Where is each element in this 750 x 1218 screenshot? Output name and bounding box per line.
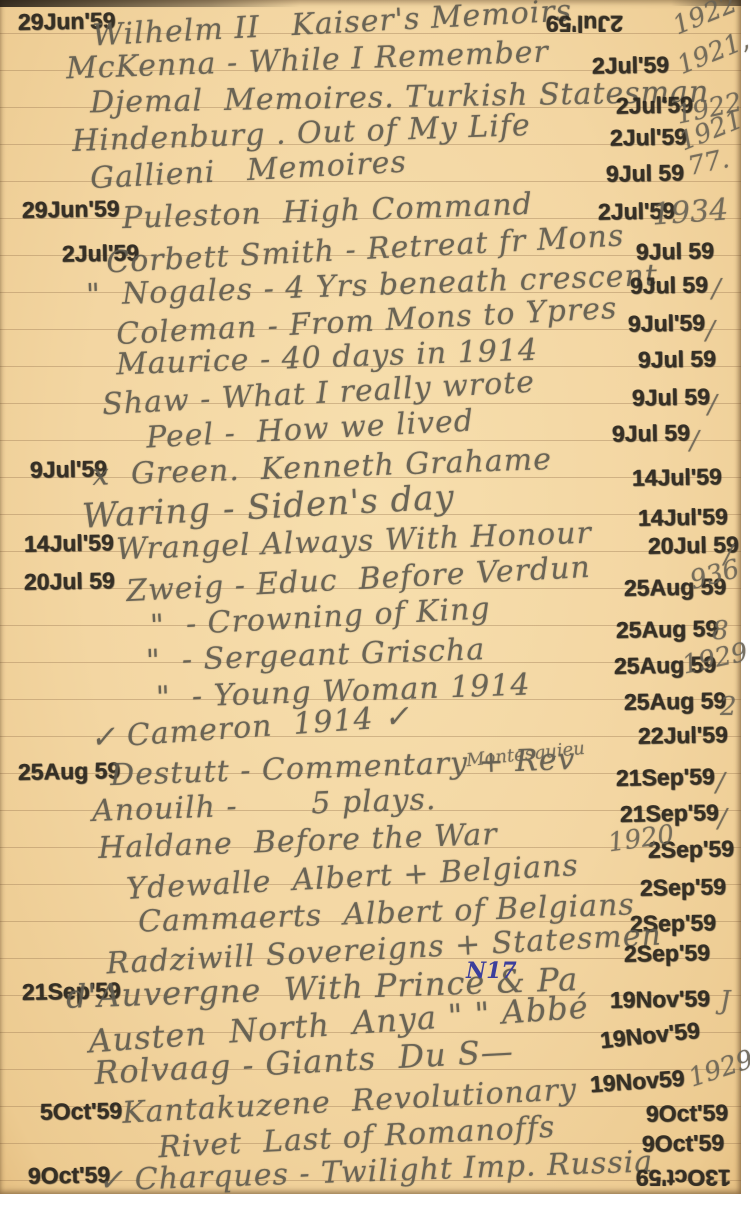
date-stamp-right: 9Oct'59 bbox=[642, 1131, 725, 1155]
date-stamp-right: 14Jul'59 bbox=[632, 465, 722, 490]
pencil-note: / bbox=[706, 318, 715, 344]
pencil-note: 1934 bbox=[651, 195, 729, 230]
date-stamp-left: 5Oct'59 bbox=[40, 1099, 123, 1123]
date-stamp-right: 2Jul'59 bbox=[592, 53, 669, 77]
date-stamp-right: 9Jul 59 bbox=[630, 273, 708, 297]
pencil-note: 2 bbox=[720, 694, 737, 720]
ledger-card: 29Jun'59Wilhelm II Kaiser's Memoirs2Jul'… bbox=[0, 0, 741, 1194]
date-stamp-right: 25Aug 59 bbox=[624, 689, 727, 714]
pencil-note: / bbox=[690, 428, 699, 454]
pencil-note: 1929 bbox=[686, 1046, 750, 1091]
pencil-note: 77. bbox=[686, 146, 732, 180]
scan-edge-shadow bbox=[0, 0, 300, 7]
pencil-note: / bbox=[712, 276, 721, 302]
date-stamp-left: 14Jul'59 bbox=[24, 531, 114, 556]
date-stamp-right: 25Aug 59 bbox=[616, 617, 719, 642]
pencil-note: J bbox=[720, 988, 730, 1014]
date-stamp-right: 13Oct'59 bbox=[636, 1166, 731, 1189]
date-stamp-left: 25Aug 59 bbox=[18, 759, 121, 784]
date-stamp-right: 14Jul'59 bbox=[638, 505, 728, 530]
pencil-note: / bbox=[708, 392, 717, 418]
date-stamp-right: 9Jul 59 bbox=[632, 385, 710, 409]
date-stamp-left: 29Jun'59 bbox=[22, 197, 120, 222]
date-stamp-right: 22Jul'59 bbox=[638, 723, 728, 748]
call-number-ink: N17 bbox=[466, 960, 517, 982]
pencil-note: 8 bbox=[712, 618, 729, 644]
date-stamp-right: 21Sep'59 bbox=[616, 765, 715, 790]
pencil-note: / bbox=[716, 770, 725, 796]
pencil-note: / bbox=[718, 806, 727, 832]
scanned-page: 29Jun'59Wilhelm II Kaiser's Memoirs2Jul'… bbox=[0, 0, 750, 1218]
pencil-note: 936 bbox=[687, 556, 742, 594]
date-stamp-right: 19Nov'59 bbox=[599, 1019, 701, 1052]
date-stamp-right: 9Oct'59 bbox=[646, 1101, 729, 1125]
date-stamp-right: 2Sep'59 bbox=[624, 941, 710, 965]
date-stamp-right: 9Jul 59 bbox=[606, 161, 684, 185]
date-stamp-left: 20Jul 59 bbox=[24, 569, 115, 594]
date-stamp-right: 19Nov59 bbox=[589, 1067, 685, 1097]
date-stamp-right: 9Jul 59 bbox=[612, 421, 690, 445]
date-stamp-right: 2Jul'59 bbox=[546, 12, 623, 35]
date-stamp-right: 2Sep'59 bbox=[640, 875, 726, 899]
handwritten-entry: ✓ Cameron 1914 ✓ bbox=[89, 701, 411, 755]
date-stamp-right: 9Jul'59 bbox=[628, 311, 705, 335]
pencil-note: 1929 bbox=[680, 639, 750, 678]
date-stamp-right: 19Nov'59 bbox=[610, 987, 710, 1012]
date-stamp-right: 9Jul 59 bbox=[638, 347, 716, 371]
